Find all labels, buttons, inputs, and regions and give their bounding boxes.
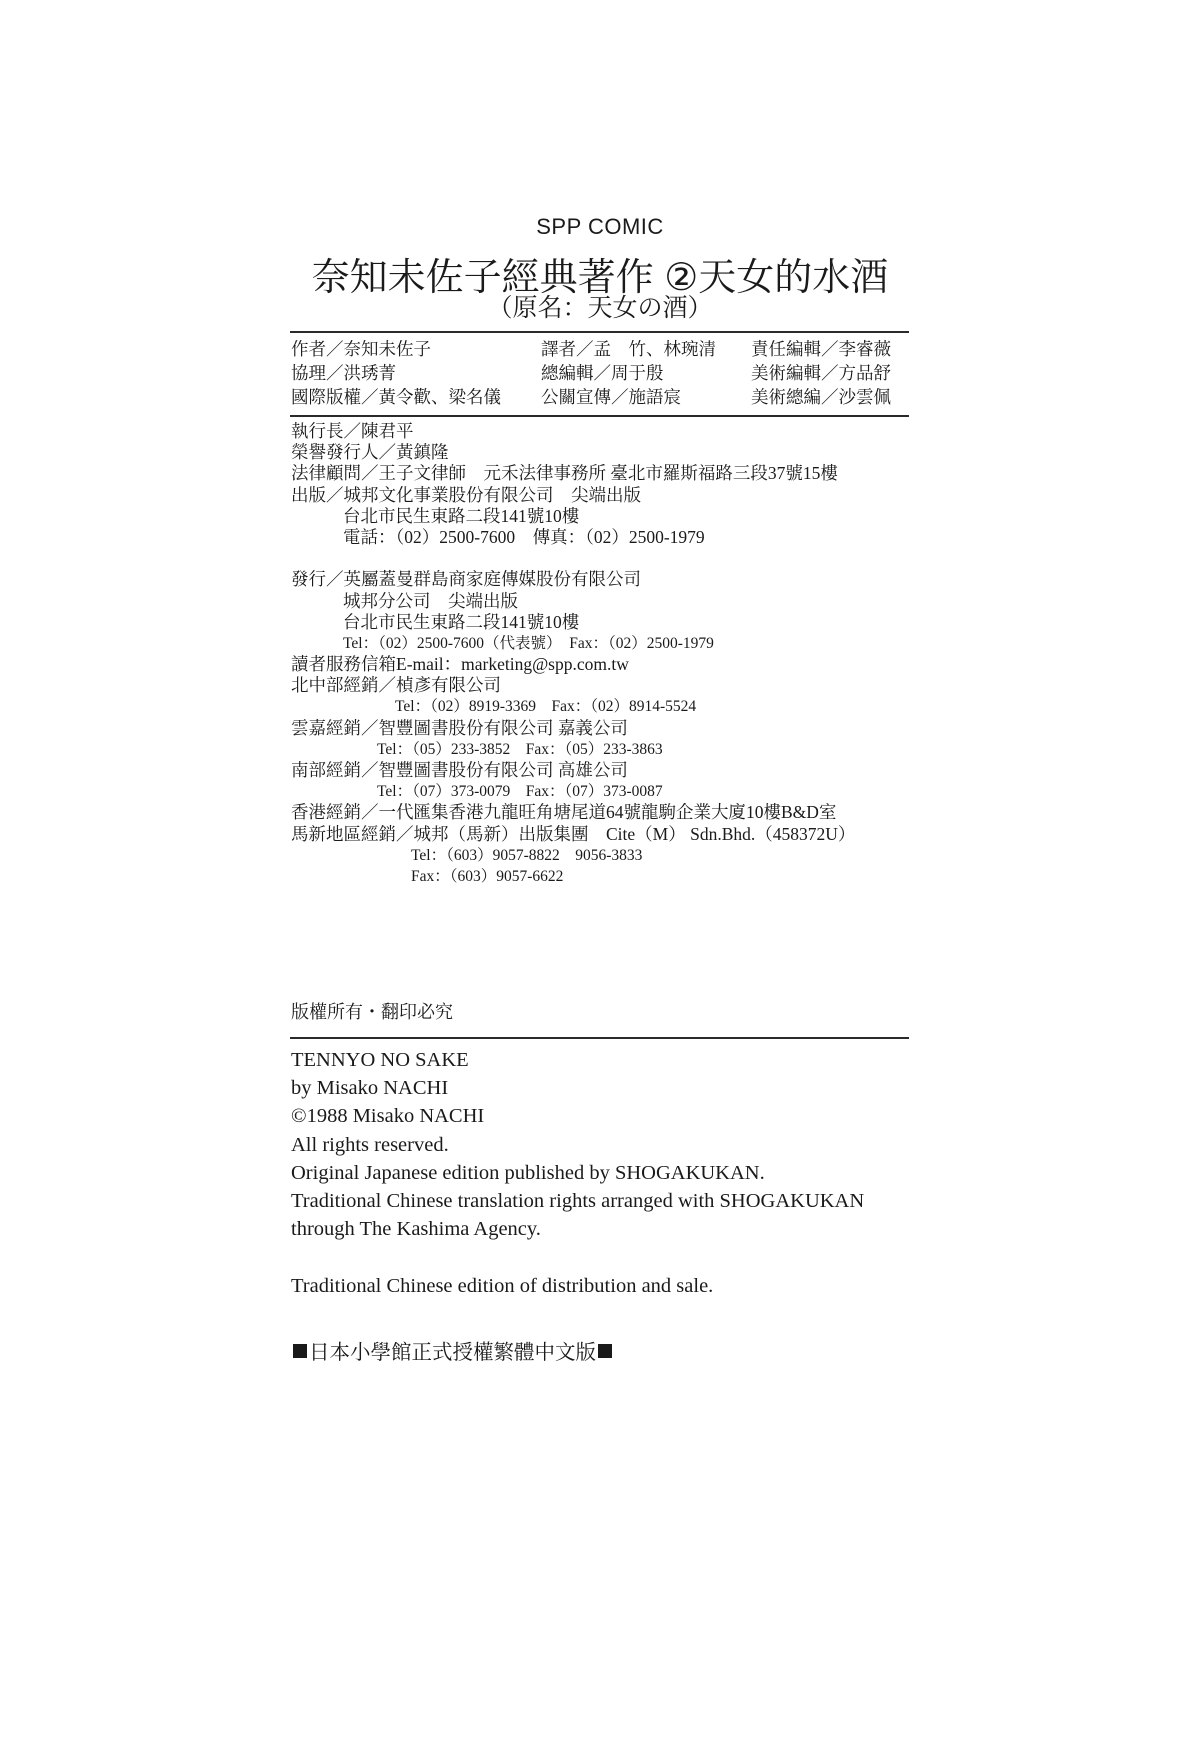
credit-art-director: 美術總編／沙雲佩 xyxy=(751,385,911,409)
english-line: through The Kashima Agency. xyxy=(291,1215,971,1243)
credit-assistant-manager: 協理／洪琇菁 xyxy=(291,361,541,385)
divider-copyright xyxy=(290,1037,909,1039)
info-line: Tel：（02）2500-7600（代表號） Fax：（02）2500-1979 xyxy=(291,633,991,654)
colophon-page: SPP COMIC 奈知未佐子經典著作 ②天女的水酒 （原名：天女の酒） 作者／… xyxy=(0,0,1200,1738)
credit-author: 作者／奈知未佐子 xyxy=(291,337,541,361)
info-line: 讀者服務信箱E-mail：marketing@spp.com.tw xyxy=(291,654,991,675)
info-line: Fax：（603）9057-6622 xyxy=(291,866,991,887)
credits-row: 作者／奈知未佐子 譯者／孟 竹、林琬清 責任編輯／李睿薇 xyxy=(291,337,911,361)
info-line: 執行長／陳君平 xyxy=(291,421,991,442)
publisher-info: 執行長／陳君平榮譽發行人／黃鎮隆法律顧問／王子文律師 元禾法律事務所 臺北市羅斯… xyxy=(291,421,991,887)
official-edition-text: 日本小學館正式授權繁體中文版 xyxy=(309,1342,596,1364)
info-line: 台北市民生東路二段141號10樓 xyxy=(291,612,991,633)
info-line: 南部經銷／智豐圖書股份有限公司 高雄公司 xyxy=(291,760,991,781)
english-line: TENNYO NO SAKE xyxy=(291,1046,971,1074)
english-line: Traditional Chinese edition of distribut… xyxy=(291,1272,971,1300)
spacer xyxy=(291,1243,971,1271)
square-bullet-icon xyxy=(293,1344,307,1358)
staff-credits: 作者／奈知未佐子 譯者／孟 竹、林琬清 責任編輯／李睿薇 協理／洪琇菁 總編輯／… xyxy=(291,337,911,409)
credit-chief-editor: 總編輯／周于殷 xyxy=(541,361,751,385)
english-line: Traditional Chinese translation rights a… xyxy=(291,1187,971,1215)
credit-pr: 公關宣傳／施語宸 xyxy=(541,385,751,409)
credit-art-editor: 美術編輯／方品舒 xyxy=(751,361,911,385)
info-line: 電話：（02）2500-7600 傳真：（02）2500-1979 xyxy=(291,527,991,548)
original-title: （原名：天女の酒） xyxy=(290,288,910,324)
credits-row: 國際版權／黃令歡、梁名儀 公關宣傳／施語宸 美術總編／沙雲佩 xyxy=(291,385,911,409)
info-line: 北中部經銷／楨彥有限公司 xyxy=(291,675,991,696)
info-line: Tel：（05）233-3852 Fax：（05）233-3863 xyxy=(291,739,991,760)
info-line: 雲嘉經銷／智豐圖書股份有限公司 嘉義公司 xyxy=(291,718,991,739)
info-line: 台北市民生東路二段141號10樓 xyxy=(291,506,991,527)
info-line: 榮譽發行人／黃鎮隆 xyxy=(291,442,991,463)
credit-intl-rights: 國際版權／黃令歡、梁名儀 xyxy=(291,385,541,409)
info-line: Tel：（603）9057-8822 9056-3833 xyxy=(291,845,991,866)
credit-translator: 譯者／孟 竹、林琬清 xyxy=(541,337,751,361)
english-line: ©1988 Misako NACHI xyxy=(291,1102,971,1130)
info-line: 馬新地區經銷／城邦（馬新）出版集團 Cite（M） Sdn.Bhd.（45837… xyxy=(291,824,991,845)
english-line: by Misako NACHI xyxy=(291,1074,971,1102)
info-line: 城邦分公司 尖端出版 xyxy=(291,591,991,612)
spacer xyxy=(291,548,991,569)
english-rights-notice: TENNYO NO SAKEby Misako NACHI©1988 Misak… xyxy=(291,1046,971,1300)
divider-top xyxy=(290,331,909,333)
divider-credits-bottom xyxy=(290,415,909,417)
square-bullet-icon xyxy=(598,1344,612,1358)
english-line: All rights reserved. xyxy=(291,1131,971,1159)
info-line: Tel：（02）8919-3369 Fax：（02）8914-5524 xyxy=(291,696,991,717)
credits-row: 協理／洪琇菁 總編輯／周于殷 美術編輯／方品舒 xyxy=(291,361,911,385)
official-edition-banner: 日本小學館正式授權繁體中文版 xyxy=(291,1335,614,1365)
info-line: 發行／英屬蓋曼群島商家庭傳媒股份有限公司 xyxy=(291,569,991,590)
info-line: Tel：（07）373-0079 Fax：（07）373-0087 xyxy=(291,781,991,802)
english-line: Original Japanese edition published by S… xyxy=(291,1159,971,1187)
series-label: SPP COMIC xyxy=(290,214,910,240)
credit-editor: 責任編輯／李睿薇 xyxy=(751,337,911,361)
info-line: 香港經銷／一代匯集香港九龍旺角塘尾道64號龍駒企業大廈10樓B&D室 xyxy=(291,802,991,823)
info-line: 法律顧問／王子文律師 元禾法律事務所 臺北市羅斯福路三段37號15樓 xyxy=(291,463,991,484)
info-line: 出版／城邦文化事業股份有限公司 尖端出版 xyxy=(291,485,991,506)
copyright-notice-cn: 版權所有・翻印必究 xyxy=(291,998,453,1024)
